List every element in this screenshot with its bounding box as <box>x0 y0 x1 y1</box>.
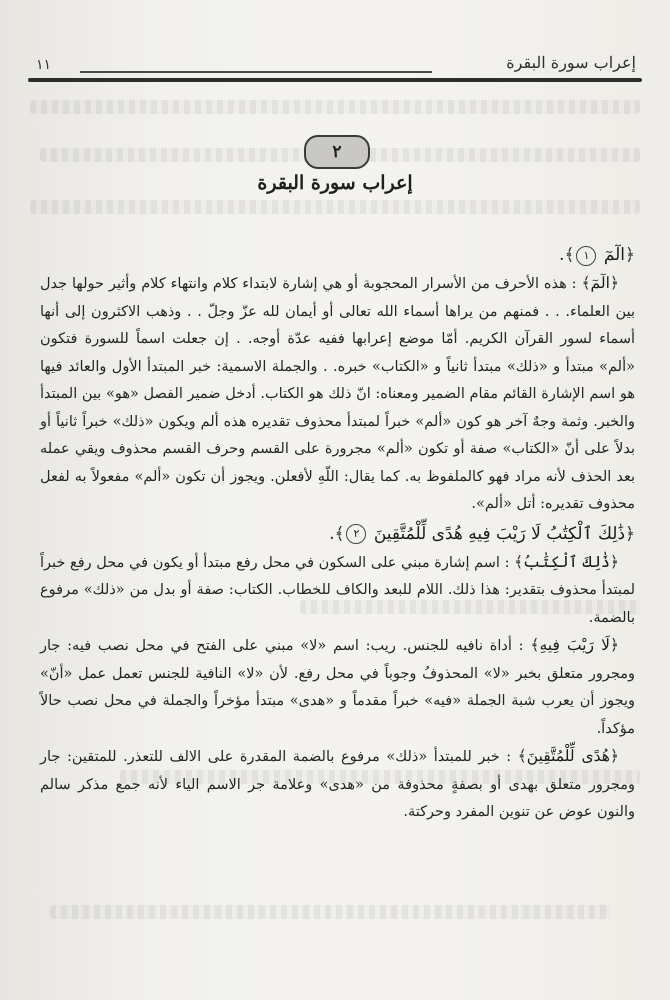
quran-bracket-close: ﴾ <box>581 274 590 292</box>
bleed-through-text <box>30 200 640 214</box>
verse-line-1: ﴿الٓمٓ ١﴾. <box>40 240 635 270</box>
chapter-number: ٢ <box>332 142 341 162</box>
page-number: ١١ <box>36 56 51 74</box>
running-header: إعراب سورة البقرة ١١ <box>28 52 642 82</box>
entry-head: ﴿هُدًى لِّلْمُتَّقِينَ﴾ <box>518 747 619 765</box>
running-title: إعراب سورة البقرة <box>506 52 636 74</box>
grammar-entry: ﴿الٓمٓ﴾ : هذه الأحرف من الأسرار المحجوبة… <box>40 270 635 519</box>
verse-text: الٓمٓ <box>604 245 625 265</box>
chapter-title: إعراب سورة البقرة <box>0 170 670 196</box>
quran-bracket-open: ﴿ <box>610 747 619 765</box>
quran-bracket-open: ﴿ <box>625 524 635 544</box>
chapter-number-badge: ٢ <box>304 135 370 169</box>
book-page: إعراب سورة البقرة ١١ ٢ إعراب سورة البقرة… <box>0 0 670 1000</box>
header-rule-thin <box>80 71 432 73</box>
entry-head-text: الٓمٓ <box>591 274 610 292</box>
quran-bracket-open: ﴿ <box>625 245 635 265</box>
grammar-entry: ﴿ذَٰلِكَ ٱلْكِتَٰبُ﴾ : اسم إشارة مبني عل… <box>40 549 635 633</box>
entry-head: ﴿ذَٰلِكَ ٱلْكِتَٰبُ﴾ <box>514 553 619 571</box>
entry-head-text: ذَٰلِكَ ٱلْكِتَٰبُ <box>523 553 610 571</box>
quran-bracket-open: ﴿ <box>610 553 619 571</box>
page-content: ﴿الٓمٓ ١﴾. ﴿الٓمٓ﴾ : هذه الأحرف من الأسر… <box>40 240 635 827</box>
entry-body: : هذه الأحرف من الأسرار المحجوبة أو هي إ… <box>40 276 635 512</box>
quran-bracket-close: ﴾ <box>334 524 344 544</box>
quran-bracket-open: ﴿ <box>610 274 619 292</box>
entry-head-text: لَا رَيْبَ فِيهِ <box>539 636 609 654</box>
verse-text: ذَٰلِكَ ٱلْكِتَٰبُ لَا رَيْبَ فِيهِ هُدً… <box>374 524 625 544</box>
quran-bracket-close: ﴾ <box>564 245 574 265</box>
entry-head: ﴿الٓمٓ﴾ <box>581 274 619 292</box>
entry-head-text: هُدًى لِّلْمُتَّقِينَ <box>527 747 610 765</box>
entry-head: ﴿لَا رَيْبَ فِيهِ﴾ <box>530 636 619 654</box>
quran-bracket-close: ﴾ <box>518 747 527 765</box>
bleed-through-text <box>30 100 640 114</box>
grammar-entry: ﴿هُدًى لِّلْمُتَّقِينَ﴾ : خبر للمبتدأ «ذ… <box>40 743 635 827</box>
ayah-number-marker: ١ <box>576 246 596 266</box>
bleed-through-text <box>50 905 610 919</box>
quran-bracket-open: ﴿ <box>610 636 619 654</box>
quran-bracket-close: ﴾ <box>514 553 523 571</box>
header-rule-thick <box>28 78 642 82</box>
grammar-entry: ﴿لَا رَيْبَ فِيهِ﴾ : أداة نافيه للجنس. ر… <box>40 632 635 743</box>
ayah-number-marker: ٢ <box>346 524 366 544</box>
verse-line-2: ﴿ذَٰلِكَ ٱلْكِتَٰبُ لَا رَيْبَ فِيهِ هُد… <box>40 519 635 549</box>
